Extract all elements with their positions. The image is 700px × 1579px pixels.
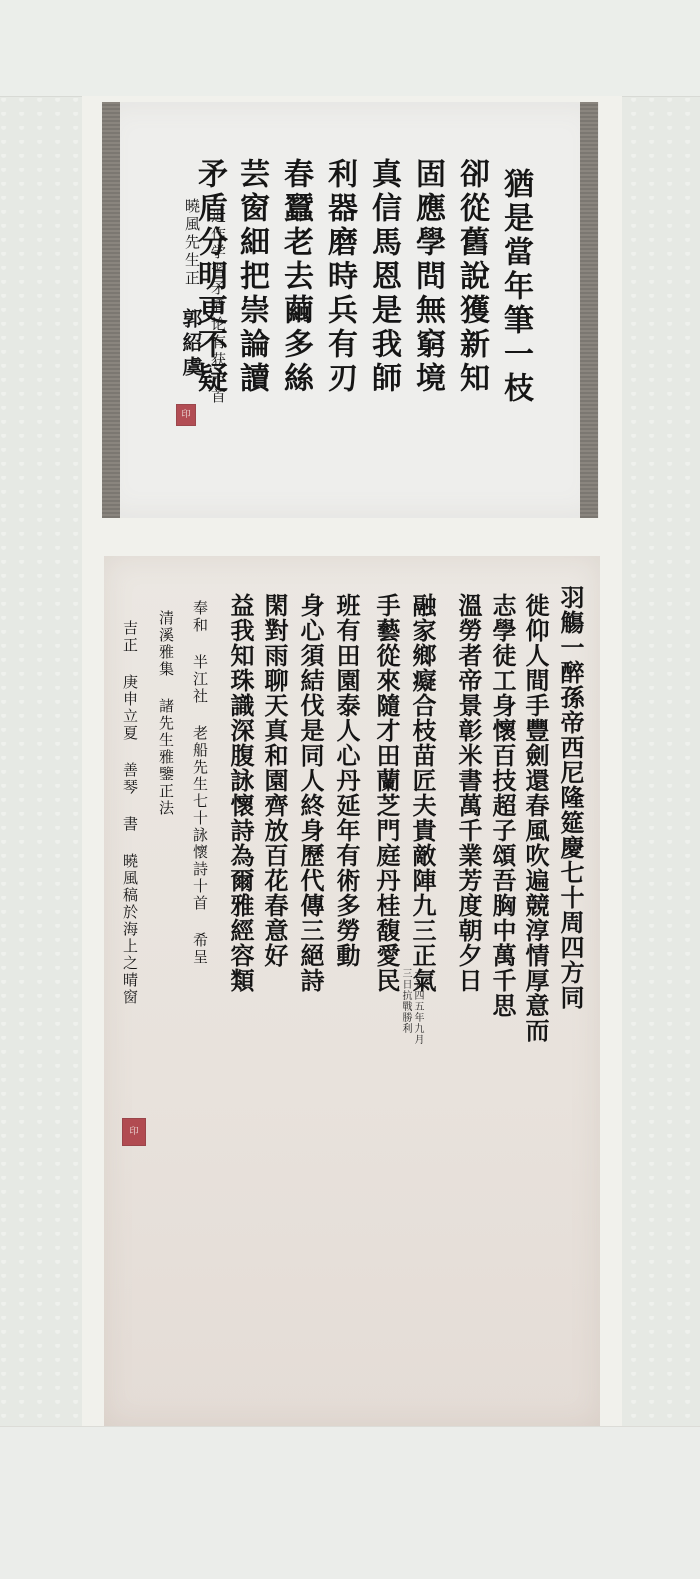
poem-column: 閑對雨聊天真和園齊放百花春意好 (262, 593, 286, 968)
poem-column: 志學徒工身懷百技超子頌吾胸中萬千思 (490, 593, 514, 1018)
inscription-column: 吉正 庚申立夏 善琴 書 曉風稿於海上之晴窗 (122, 620, 137, 1006)
poem-column: 班有田園泰人心丹延年有術多勞動 (334, 593, 358, 968)
mount-top-fold (0, 0, 700, 97)
inscription-column: 奉和 半江社 老船先生七十詠懷詩十首 希呈 (192, 600, 207, 966)
poem-column: 手藝從來隨才田蘭芝門庭丹桂馥愛民 (374, 593, 398, 993)
inscription-column: 清溪雅集 諸先生雅鑒正法 (158, 610, 173, 817)
poem-column: 芸窗細把崇論讀 (236, 158, 266, 396)
poem-column: 固應學問無窮境 (412, 158, 442, 396)
poem-column: 猶是當年筆一枝 (500, 168, 530, 406)
poem-column: 融家鄉癡合枝苗匠夫貴敵陣九三正氣 (410, 593, 434, 993)
date-note: 一九四五年九月 (412, 968, 422, 1045)
poem-column: 益我知珠識深腹詠懷詩為爾雅經容類 (228, 593, 252, 993)
poem-column: 身心須結伐是同人終身歷代傳三絕詩 (298, 593, 322, 993)
poem-column: 溫勞者帝景彰米書萬千業芳度朝夕日 (456, 593, 480, 993)
date-note: 三日抗戰勝利 (400, 968, 410, 1034)
poem-column: 徙仰人間手豐劍還春風吹遍競淳情厚意而 (523, 593, 547, 1043)
poem-column: 真信馬恩是我師 (368, 158, 398, 396)
poem-column: 羽觴一醉孫帝西尼隆筵慶七十周四方同 (558, 585, 582, 1010)
mount-bottom (0, 1426, 700, 1579)
poem-column: 春蠶老去繭多絲 (280, 158, 310, 396)
artist-seal: 印 (122, 1118, 146, 1146)
silk-border-right (580, 102, 598, 518)
poem-column: 卻從舊說獲新知 (456, 158, 486, 396)
artist-seal: 印 (176, 404, 196, 426)
silk-border-left (102, 102, 120, 518)
inscription-dedication: 曉風先生正 (184, 198, 199, 288)
poem-column: 利器磨時兵有刃 (324, 158, 354, 396)
inscription-title: 近作学習矛盾论有获一首 (210, 208, 225, 406)
artist-signature: 郭紹虞 (181, 308, 201, 380)
